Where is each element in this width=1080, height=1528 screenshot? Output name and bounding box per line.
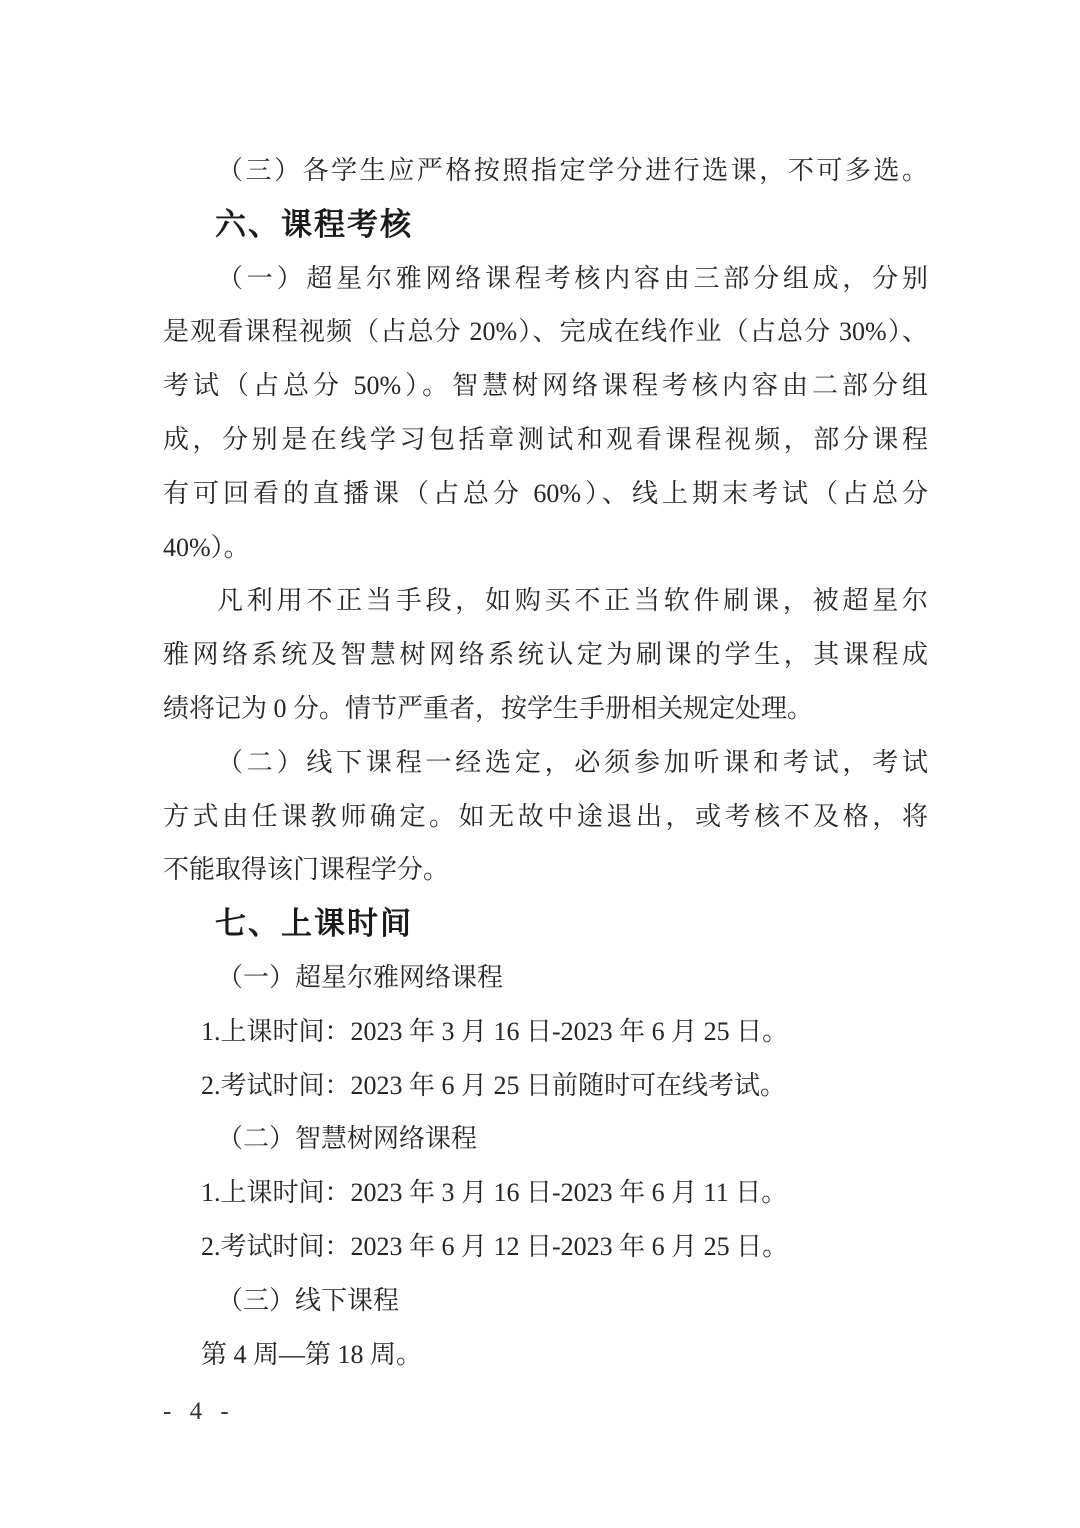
section-heading-7-class-time: 七、上课时间 [163,897,928,951]
offline-course-rule-line: 方式由任课教师确定。如无故中途退出，或考核不及格，将 [163,790,928,844]
document-page: （三）各学生应严格按照指定学分进行选课，不可多选。 六、课程考核 （一）超星尔雅… [0,0,1080,1528]
assessment-paragraph-line: （一）超星尔雅网络课程考核内容由三部分组成，分别 [163,252,928,306]
subsection-offline-title: （三）线下课程 [163,1274,928,1328]
subsection-zhihuishu-title: （二）智慧树网络课程 [163,1112,928,1166]
chaoxing-class-time-line: 1.上课时间：2023 年 3 月 16 日-2023 年 6 月 25 日。 [163,1005,928,1059]
offline-weeks-line: 第 4 周—第 18 周。 [163,1328,928,1382]
chaoxing-exam-time-line: 2.考试时间：2023 年 6 月 25 日前随时可在线考试。 [163,1059,928,1113]
assessment-paragraph-line: 是观看课程视频（占总分 20%）、完成在线作业（占总分 30%）、 [163,305,928,359]
section-heading-6-course-assessment: 六、课程考核 [163,198,928,252]
offline-course-rule-line: （二）线下课程一经选定，必须参加听课和考试，考试 [163,736,928,790]
offline-course-rule-line: 不能取得该门课程学分。 [163,843,928,897]
rule-item-3-line: （三）各学生应严格按照指定学分进行选课，不可多选。 [163,144,928,198]
assessment-paragraph-line: 成，分别是在线学习包括章测试和观看课程视频，部分课程 [163,413,928,467]
cheating-policy-line: 绩将记为 0 分。情节严重者，按学生手册相关规定处理。 [163,682,928,736]
cheating-policy-line: 雅网络系统及智慧树网络系统认定为刷课的学生，其课程成 [163,628,928,682]
assessment-paragraph-line: 考试（占总分 50%）。智慧树网络课程考核内容由二部分组 [163,359,928,413]
zhihuishu-class-time-line: 1.上课时间：2023 年 3 月 16 日-2023 年 6 月 11 日。 [163,1166,928,1220]
assessment-paragraph-line: 有可回看的直播课（占总分 60%）、线上期末考试（占总分 [163,467,928,521]
subsection-chaoxing-title: （一）超星尔雅网络课程 [163,951,928,1005]
zhihuishu-exam-time-line: 2.考试时间：2023 年 6 月 12 日-2023 年 6 月 25 日。 [163,1220,928,1274]
document-body: （三）各学生应严格按照指定学分进行选课，不可多选。 六、课程考核 （一）超星尔雅… [163,144,928,1381]
cheating-policy-line: 凡利用不正当手段，如购买不正当软件刷课，被超星尔 [163,574,928,628]
assessment-paragraph-line: 40%）。 [163,521,928,575]
page-number: - 4 - [163,1392,235,1432]
